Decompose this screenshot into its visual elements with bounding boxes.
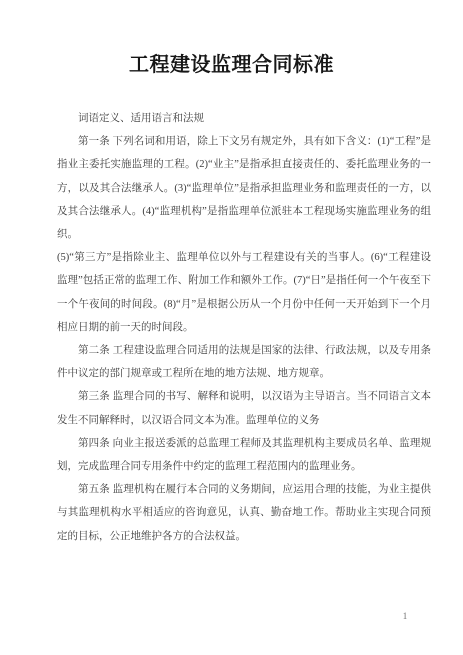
document-body: 词语定义、适用语言和法规第一条 下列名词和用语，除上下文另有规定外，具有如下含义…	[57, 107, 431, 548]
page-number: 1	[399, 610, 411, 622]
paragraph: 第四条 向业主报送委派的总监理工程师及其监理机构主要成员名单、监理规划，完成监理…	[57, 432, 431, 478]
paragraph: 词语定义、适用语言和法规	[57, 107, 431, 130]
document-title: 工程建设监理合同标准	[0, 0, 463, 79]
paragraph: 第五条 监理机构在履行本合同的义务期间，应运用合理的技能，为业主提供与其监理机构…	[57, 478, 431, 548]
paragraph: 第二条 工程建设监理合同适用的法规是国家的法律、行政法规，以及专用条件中议定的部…	[57, 339, 431, 385]
paragraph: 第三条 监理合同的书写、解释和说明，以汉语为主导语言。当不同语言文本发生不同解释…	[57, 385, 431, 431]
paragraph: 第一条 下列名词和用语，除上下文另有规定外，具有如下含义：(1)“工程”是指业主…	[57, 130, 431, 246]
document-page: 工程建设监理合同标准 词语定义、适用语言和法规第一条 下列名词和用语，除上下文另…	[0, 0, 463, 655]
paragraph: (5)“第三方”是指除业主、监理单位以外与工程建设有关的当事人。(6)“工程建设…	[57, 246, 431, 339]
